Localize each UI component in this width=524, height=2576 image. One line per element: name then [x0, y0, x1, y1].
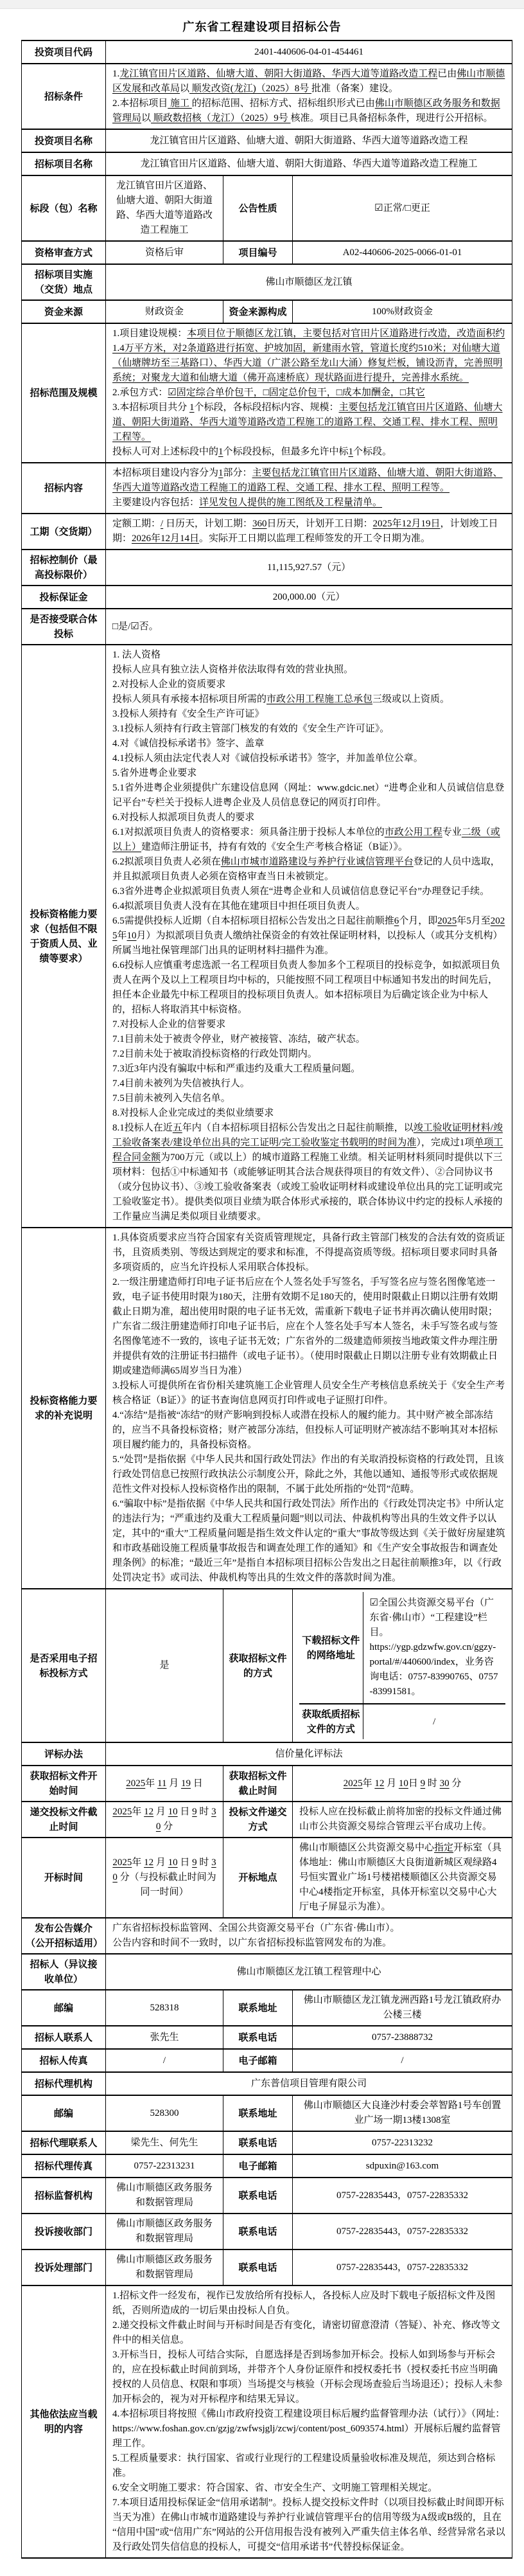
tenderer-address-label: 联系地址 — [223, 1990, 293, 2026]
qualification-notes-label: 投标资格能力要求的补充说明 — [22, 1228, 106, 1589]
complaint-handle-phone-value: 0757-22835443，0757-22835332 — [293, 2250, 512, 2285]
complaint-receive-phone-label: 联系电话 — [223, 2214, 293, 2250]
other-contents-value: 1.招标文件一经发布，视作已发放给所有投标人，各投标人应及时下载电子版招标文件及… — [106, 2285, 512, 2558]
funding-composition-label: 资金来源构成 — [223, 300, 293, 323]
submission-method-label: 投标文件递交方式 — [223, 1802, 293, 1838]
row-agency: 招标代理机构 广东普信项目管理有限公司 — [22, 2072, 512, 2095]
agency-phone-value: 0757-22313232 — [293, 2131, 512, 2154]
complaint-receive-value: 佛山市顺德区政务服务和数据管理局 — [106, 2214, 223, 2250]
agency-label: 招标代理机构 — [22, 2072, 106, 2095]
agency-contact-label: 招标代理联系人 — [22, 2131, 106, 2154]
row-supervisor: 招标监督机构 佛山市顺德区政务服务和数据管理局 联系电话 0757-228354… — [22, 2178, 512, 2214]
project-number-label: 项目编号 — [223, 241, 293, 264]
agency-address-label: 联系地址 — [223, 2095, 293, 2131]
tenderer-fax-label: 招标人传真 — [22, 2049, 106, 2072]
row-location: 招标项目实施（交货）地点 佛山市顺德区龙江镇 — [22, 264, 512, 300]
opening-time-label: 开标时间 — [22, 1838, 106, 1918]
location-value: 佛山市顺德区龙江镇 — [106, 264, 512, 300]
complaint-handle-value: 佛山市顺德区政务服务和数据管理局 — [106, 2250, 223, 2285]
opening-place-value: 佛山市顺德区公共资源交易中心指定开标室（具体地址：佛山市顺德区大良街道新城区观绿… — [293, 1838, 512, 1918]
row-tender-name: 招标项目名称 龙江镇官田片区道路、仙塘大道、朝阳大街道路、华西大道等道路改造工程… — [22, 152, 512, 175]
supervisor-label: 招标监督机构 — [22, 2178, 106, 2214]
tenderer-zip-value: 528318 — [106, 1990, 223, 2026]
consortium-label: 是否接受联合体投标 — [22, 609, 106, 645]
row-qualification-notes: 投标资格能力要求的补充说明 1.具体资质要求应当符合国家有关资质管理规定，具备行… — [22, 1228, 512, 1589]
complaint-handle-phone-label: 联系电话 — [223, 2250, 293, 2285]
qualification-method-value: 资格后审 — [106, 241, 223, 264]
duration-value: 定额工期：/ 日历天，计划工期：360日历天，计划开工日期：2025年12月19… — [106, 514, 512, 550]
row-agency-fax: 招标代理传真 0757-22313231 电子邮箱 sdpuxin@163.co… — [22, 2154, 512, 2178]
announcement-media-value: 广东省招标投标监管网、全国公共资源交易平台（广东省·佛山市）。公告内容和时间不一… — [106, 1918, 512, 1954]
row-consortium: 是否接受联合体投标 □是/☑否。 — [22, 609, 512, 645]
opening-time-value: 2025年 12 月 10 日 9 时 30 分（与投标截止时间为同一时间） — [106, 1838, 223, 1918]
agency-email-value: sdpuxin@163.com — [293, 2154, 512, 2178]
submission-deadline-value: 2025年 12 月 10 日 9 时 30 分 — [106, 1802, 223, 1838]
row-tenderer-fax: 招标人传真 / 电子邮箱 / — [22, 2049, 512, 2072]
conditions-label: 招标条件 — [22, 64, 106, 129]
row-complaint-receive: 投诉接收部门 佛山市顺德区政务服务和数据管理局 联系电话 0757-228354… — [22, 2214, 512, 2250]
row-tenderer: 招标人（异议接收单位） 佛山市顺德区龙江镇工程管理中心 — [22, 1954, 512, 1990]
row-agency-zip: 邮编 528300 联系地址 佛山市顺德区大良逢沙村委会萃智路1号车创置业广场一… — [22, 2095, 512, 2131]
tenderer-email-value: / — [293, 2049, 512, 2072]
qualification-method-label: 资格审查方式 — [22, 241, 106, 264]
row-electronic-bidding: 是否采用电子招标投标方式 是 获取招标文件的方式 下载招标文件的网络地址 ☑全国… — [22, 1589, 512, 1742]
bid-bond-label: 投标保证金 — [22, 586, 106, 609]
row-control-price: 招标控制价（最高投标限价） 11,115,927.57（元） — [22, 550, 512, 586]
qualification-requirements-value: 1. 法人资格投标人应具有独立法人资格并依法取得有效的营业执照。2.对投标人企业… — [106, 645, 512, 1228]
row-tenderer-zip: 邮编 528318 联系地址 佛山市顺德区龙江镇龙洲西路1号龙江镇政府办公楼三楼 — [22, 1990, 512, 2026]
evaluation-method-label: 评标办法 — [22, 1742, 106, 1766]
control-price-value: 11,115,927.57（元） — [106, 550, 512, 586]
submission-method-value: 投标人应在投标截止前将加密的投标文件通过佛山市公共资源交易综合管理云平台成功上传… — [293, 1802, 512, 1838]
electronic-bidding-value: 是 — [106, 1589, 223, 1742]
tenderer-value: 佛山市顺德区龙江镇工程管理中心 — [106, 1954, 512, 1990]
row-announcement-media: 发布公告媒介（公开招标适用） 广东省招标投标监管网、全国公共资源交易平台（广东省… — [22, 1918, 512, 1954]
row-section: 标段（包）名称 龙江镇官田片区道路、仙塘大道、朝阳大街道路、华西大道等道路改造工… — [22, 175, 512, 241]
content-value: 本招标项目建设内容分为1部分：主要包括龙江镇官田片区道路、仙塘大道、朝阳大街道路… — [106, 463, 512, 514]
agency-phone-label: 联系电话 — [223, 2131, 293, 2154]
tender-name-value: 龙江镇官田片区道路、仙塘大道、朝阳大街道路、华西大道等道路改造工程施工 — [106, 152, 512, 175]
obtain-documents-subtable: 下载招标文件的网络地址 ☑全国公共资源交易平台（广东省·佛山市）“工程建设”栏目… — [299, 1592, 505, 1739]
investment-name-value: 龙江镇官田片区道路、仙塘大道、朝阳大街道路、华西大道等道路改造工程 — [106, 129, 512, 152]
tenderer-zip-label: 邮编 — [22, 1990, 106, 2026]
row-investment-code: 投资项目代码 2401-440606-04-01-454461 — [22, 40, 512, 64]
doc-end-time-value: 2025年 12 月 10日 9 时 30 分 — [293, 1766, 512, 1802]
row-agency-contact: 招标代理联系人 梁先生、何先生 联系电话 0757-22313232 — [22, 2131, 512, 2154]
row-submission-deadline: 递交投标文件截止时间 2025年 12 月 10 日 9 时 30 分 投标文件… — [22, 1802, 512, 1838]
download-url-label: 下载招标文件的网络地址 — [299, 1592, 363, 1704]
tenderer-email-label: 电子邮箱 — [223, 2049, 293, 2072]
row-duration: 工期（交货期） 定额工期：/ 日历天，计划工期：360日历天，计划开工日期：20… — [22, 514, 512, 550]
notice-nature-label: 公告性质 — [223, 175, 293, 241]
funding-value: 财政资金 — [106, 300, 223, 323]
scope-label: 招标范围及规模 — [22, 323, 106, 463]
paper-documents-value: / — [363, 1704, 505, 1739]
electronic-bidding-label: 是否采用电子招标投标方式 — [22, 1589, 106, 1742]
scope-value: 1.项目建设规模：本项目位于顺德区龙江镇，主要包括对官田片区道路进行改造，改造面… — [106, 323, 512, 463]
subrow-download: 下载招标文件的网络地址 ☑全国公共资源交易平台（广东省·佛山市）“工程建设”栏目… — [299, 1592, 505, 1704]
investment-code-value: 2401-440606-04-01-454461 — [106, 40, 512, 64]
project-number-value: A02-440606-2025-0066-01-01 — [293, 241, 512, 264]
row-document-time: 获取招标文件开始时间 2025年 11 月 19 日 获取招标文件截止时间 20… — [22, 1766, 512, 1802]
row-bid-opening: 开标时间 2025年 12 月 10 日 9 时 30 分（与投标截止时间为同一… — [22, 1838, 512, 1918]
tenderer-address-value: 佛山市顺德区龙江镇龙洲西路1号龙江镇政府办公楼三楼 — [293, 1990, 512, 2026]
tenderer-phone-value: 0757-23888732 — [293, 2026, 512, 2049]
tenderer-fax-value: / — [106, 2049, 223, 2072]
page-top-band — [0, 0, 524, 9]
subrow-paper: 获取纸质招标文件的方式 / — [299, 1704, 505, 1739]
agency-value: 广东普信项目管理有限公司 — [106, 2072, 512, 2095]
paper-documents-label: 获取纸质招标文件的方式 — [299, 1704, 363, 1739]
row-funding: 资金来源 财政资金 资金来源构成 100%财政资金 — [22, 300, 512, 323]
tenderer-contact-label: 招标人联系人 — [22, 2026, 106, 2049]
row-other-contents: 其他依法应当载明的内容 1.招标文件一经发布，视作已发放给所有投标人，各投标人应… — [22, 2285, 512, 2558]
agency-fax-value: 0757-22313231 — [106, 2154, 223, 2178]
investment-code-label: 投资项目代码 — [22, 40, 106, 64]
row-scope: 招标范围及规模 1.项目建设规模：本项目位于顺德区龙江镇，主要包括对官田片区道路… — [22, 323, 512, 463]
bid-bond-value: 200,000.00（元） — [106, 586, 512, 609]
agency-email-label: 电子邮箱 — [223, 2154, 293, 2178]
tender-name-label: 招标项目名称 — [22, 152, 106, 175]
row-bid-bond: 投标保证金 200,000.00（元） — [22, 586, 512, 609]
announcement-media-label: 发布公告媒介（公开招标适用） — [22, 1918, 106, 1954]
supervisor-value: 佛山市顺德区政务服务和数据管理局 — [106, 2178, 223, 2214]
duration-label: 工期（交货期） — [22, 514, 106, 550]
submission-deadline-label: 递交投标文件截止时间 — [22, 1802, 106, 1838]
other-contents-label: 其他依法应当载明的内容 — [22, 2285, 106, 2558]
agency-zip-value: 528300 — [106, 2095, 223, 2131]
row-qualification-requirements: 投标资格能力要求（包括但不限于资质人员、业绩等要求） 1. 法人资格投标人应具有… — [22, 645, 512, 1228]
tenderer-contact-value: 张先生 — [106, 2026, 223, 2049]
control-price-label: 招标控制价（最高投标限价） — [22, 550, 106, 586]
tender-announcement-table: 投资项目代码 2401-440606-04-01-454461 招标条件 1.龙… — [21, 40, 512, 2559]
notice-nature-value: ☑正常/□更正 — [293, 175, 512, 241]
complaint-receive-phone-value: 0757-22835443，0757-22835332 — [293, 2214, 512, 2250]
agency-zip-label: 邮编 — [22, 2095, 106, 2131]
row-investment-name: 投资项目名称 龙江镇官田片区道路、仙塘大道、朝阳大街道路、华西大道等道路改造工程 — [22, 129, 512, 152]
tenderer-label: 招标人（异议接收单位） — [22, 1954, 106, 1990]
complaint-handle-label: 投诉处理部门 — [22, 2250, 106, 2285]
supervisor-phone-value: 0757-22835443，0757-22835332 — [293, 2178, 512, 2214]
funding-composition-value: 100%财政资金 — [293, 300, 512, 323]
obtain-documents-label: 获取招标文件的方式 — [223, 1589, 293, 1742]
consortium-value: □是/☑否。 — [106, 609, 512, 645]
doc-start-time-label: 获取招标文件开始时间 — [22, 1766, 106, 1802]
obtain-documents-cell: 下载招标文件的网络地址 ☑全国公共资源交易平台（广东省·佛山市）“工程建设”栏目… — [293, 1589, 512, 1742]
row-conditions: 招标条件 1.龙江镇官田片区道路、仙塘大道、朝阳大街道路、华西大道等道路改造工程… — [22, 64, 512, 129]
qualification-notes-value: 1.具体资质要求应当符合国家有关资质管理规定，具备行政主管部门核发的合法有效的资… — [106, 1228, 512, 1589]
investment-name-label: 投资项目名称 — [22, 129, 106, 152]
qualification-requirements-label: 投标资格能力要求（包括但不限于资质人员、业绩等要求） — [22, 645, 106, 1228]
funding-label: 资金来源 — [22, 300, 106, 323]
download-url-value: ☑全国公共资源交易平台（广东省·佛山市）“工程建设”栏目。https://ygp… — [363, 1592, 505, 1704]
complaint-receive-label: 投诉接收部门 — [22, 2214, 106, 2250]
section-label: 标段（包）名称 — [22, 175, 106, 241]
row-qualification-method: 资格审查方式 资格后审 项目编号 A02-440606-2025-0066-01… — [22, 241, 512, 264]
doc-end-time-label: 获取招标文件截止时间 — [223, 1766, 293, 1802]
location-label: 招标项目实施（交货）地点 — [22, 264, 106, 300]
content-label: 招标内容 — [22, 463, 106, 514]
section-value: 龙江镇官田片区道路、仙塘大道、朝阳大街道路、华西大道等道路改造工程施工 — [106, 175, 223, 241]
conditions-value: 1.龙江镇官田片区道路、仙塘大道、朝阳大街道路、华西大道等道路改造工程已由佛山市… — [106, 64, 512, 129]
agency-contact-value: 梁先生、何先生 — [106, 2131, 223, 2154]
doc-start-time-value: 2025年 11 月 19 日 — [106, 1766, 223, 1802]
row-tenderer-contact: 招标人联系人 张先生 联系电话 0757-23888732 — [22, 2026, 512, 2049]
supervisor-phone-label: 联系电话 — [223, 2178, 293, 2214]
row-content: 招标内容 本招标项目建设内容分为1部分：主要包括龙江镇官田片区道路、仙塘大道、朝… — [22, 463, 512, 514]
evaluation-method-value: 信价量化评标法 — [106, 1742, 512, 1766]
page-title: 广东省工程建设项目招标公告 — [17, 18, 507, 35]
agency-address-value: 佛山市顺德区大良逢沙村委会萃智路1号车创置业广场一期13楼1308室 — [293, 2095, 512, 2131]
tenderer-phone-label: 联系电话 — [223, 2026, 293, 2049]
row-evaluation-method: 评标办法 信价量化评标法 — [22, 1742, 512, 1766]
agency-fax-label: 招标代理传真 — [22, 2154, 106, 2178]
row-complaint-handle: 投诉处理部门 佛山市顺德区政务服务和数据管理局 联系电话 0757-228354… — [22, 2250, 512, 2285]
opening-place-label: 开标地点 — [223, 1838, 293, 1918]
